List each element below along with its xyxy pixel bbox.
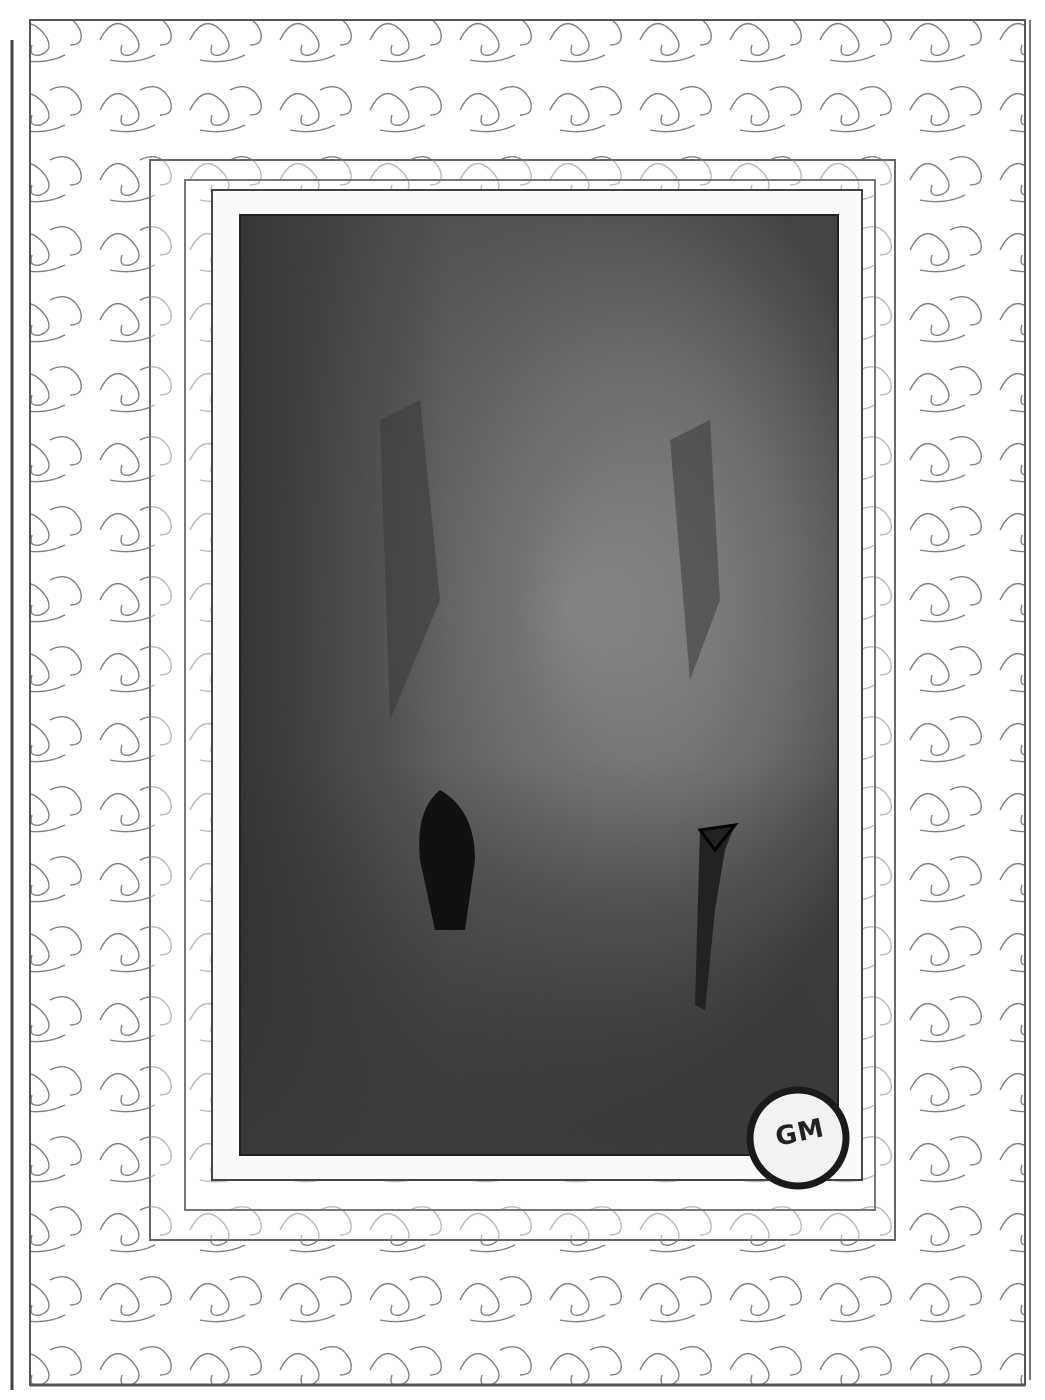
- picture-scene: [240, 215, 838, 1155]
- framed-sketch: [0, 0, 1045, 1400]
- artwork: GM: [0, 0, 1045, 1400]
